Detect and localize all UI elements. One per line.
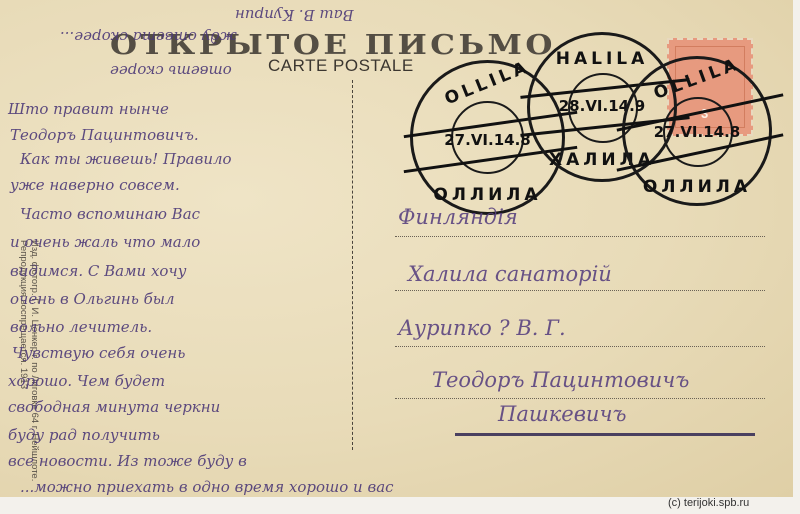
address-place: Халила санаторій (408, 262, 612, 286)
message-line: Теодоръ Пацинтовичъ. (10, 126, 199, 144)
scan-border-right (793, 0, 800, 514)
postcard-back: ОТКРЫТОЕ ПИСЬМО CARTE POSTALE Изд. фотог… (0, 0, 793, 497)
message-line: Как ты живешь! Правило (20, 150, 232, 168)
address-street: Аурипко ? В. Г. (398, 316, 566, 340)
message-line: все новости. Из тоже буду в (8, 452, 247, 470)
message-line: уже наверно совсем. (10, 176, 180, 194)
postmark-town: HALILA (530, 49, 674, 69)
message-line: и очень жаль что мало (10, 233, 200, 251)
message-line: хорошо. Чем будет (8, 372, 165, 390)
handwriting-upside-down: Ваш В. Куприн (235, 6, 354, 24)
message-line: буду рад получить (8, 426, 160, 444)
header-french: CARTE POSTALE (268, 56, 414, 76)
handwriting-upside-down: жду ответа скорее... (60, 28, 237, 46)
message-line: Чувствую себя очень (12, 344, 185, 362)
message-line: Што правит нынче (8, 100, 169, 118)
postmark-date: 27.VI.14.8 (625, 123, 769, 141)
message-line: видимся. С Вами хочу (10, 262, 186, 280)
message-line: очень в Ольгинь был (10, 290, 175, 308)
watermark: (c) terijoki.spb.ru (668, 497, 749, 509)
address-underline (455, 433, 755, 436)
message-line: Часто вспоминаю Вас (20, 205, 200, 223)
postmark-ollila-stamp: OLLILA 27.VI.14.8 ОЛЛИЛА (622, 56, 772, 206)
address-line (395, 398, 765, 399)
address-line (395, 290, 765, 291)
handwriting-upside-down: ответь скорее (110, 62, 232, 80)
message-line: ...можно приехать в одно время хорошо и … (20, 478, 394, 496)
postmark-town-cyrillic: ОЛЛИЛА (625, 177, 769, 197)
address-recipient-surname: Пашкевичъ (498, 402, 627, 426)
address-line (395, 346, 765, 347)
address-recipient-name: Теодоръ Пацинтовичъ (432, 368, 689, 392)
message-line: вольно лечитель. (10, 318, 152, 336)
message-line: свободная минута черкни (8, 398, 220, 416)
message-address-divider (352, 80, 353, 450)
address-country: Финляндія (398, 205, 518, 229)
address-line (395, 236, 765, 237)
postmark-town-cyrillic: ОЛЛИЛА (413, 185, 562, 205)
